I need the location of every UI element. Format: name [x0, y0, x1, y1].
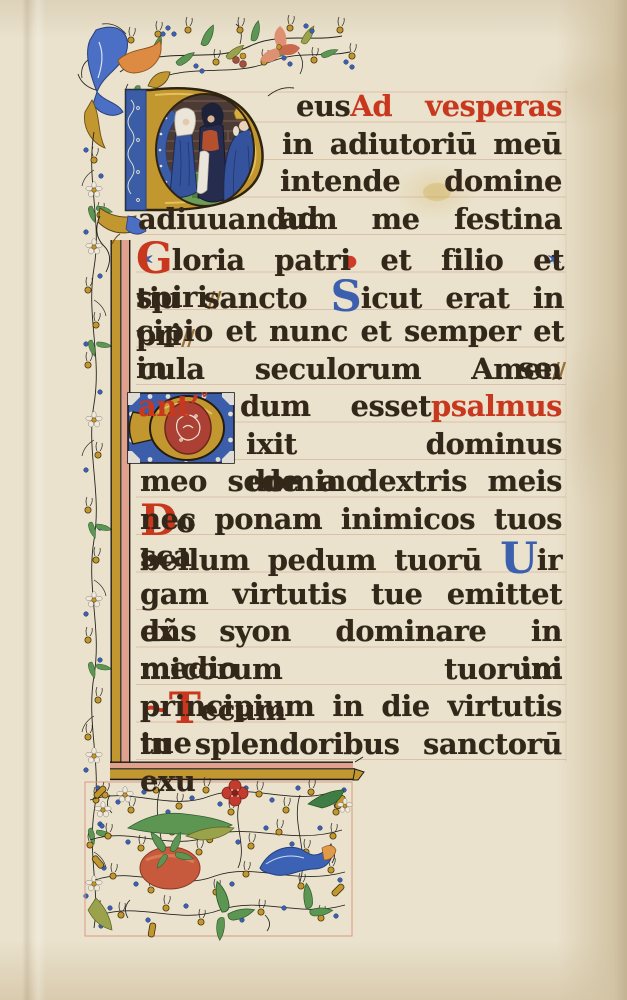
manuscript-line: in splendoribus sanctorū exu	[140, 726, 562, 763]
manuscript-line: in adiutoriū meū	[282, 126, 562, 163]
text-segment: Ad vesperas	[350, 89, 562, 123]
manuscript-line: meo sede a dextris meis Do	[140, 463, 562, 500]
manuscript-line: tiu sancto Sicut erat in pri∕∕	[136, 276, 564, 313]
text-segment: in adiutoriū meū	[282, 127, 562, 161]
text-segment: micorum tuorum	[140, 652, 562, 686]
manuscript-line: intende domine ad	[280, 163, 562, 200]
text-segment: eus	[296, 89, 350, 123]
text-segment: meo sede a dextris meis	[140, 464, 562, 498]
text-segment: tiu sancto	[136, 281, 331, 315]
text-segment: dum esset	[240, 389, 431, 423]
manuscript-line: Gloria patri et filio et spiri∕∕	[136, 238, 564, 275]
manuscript-line: ixit dominus domino	[246, 426, 562, 463]
manuscript-line: micorum tuorum ∼Tecum	[140, 651, 562, 688]
manuscript-line: cipio et nunc et semper et in se∕∕	[136, 313, 564, 350]
text-segment: in splendoribus sanctorū exu	[140, 727, 562, 798]
text-segment: psalmus	[431, 389, 562, 423]
manuscript-line: dum essetpsalmus	[240, 388, 562, 425]
manuscript-line: cula seculorum Amen ant’˅	[138, 351, 562, 388]
text-segment: ir	[537, 543, 562, 577]
text-segment: cula seculorum Amen	[138, 352, 562, 386]
text-segment: ˅	[199, 389, 209, 413]
text-segment: adiuuandum me festina	[138, 202, 562, 236]
text-block: eusAd vesperasin adiutoriū meūintende do…	[0, 0, 627, 1000]
manuscript-line: ex syon dominare in medio ini	[140, 613, 562, 650]
text-segment: bellum pedum tuorū	[140, 543, 500, 577]
manuscript-line: adiuuandum me festina ✶●✶	[138, 201, 562, 238]
manuscript-photo: eusAd vesperasin adiutoriū meūintende do…	[0, 0, 627, 1000]
text-segment: ant’	[138, 389, 199, 423]
manuscript-line: bellum pedum tuorū Uir	[140, 538, 562, 575]
manuscript-line: principium in die virtutis tue	[140, 688, 562, 725]
manuscript-line: gam virtutis tue emittet dñs	[140, 576, 562, 613]
manuscript-line: nec ponam inimicos tuos sca	[140, 501, 562, 538]
manuscript-line: eusAd vesperas	[296, 88, 562, 125]
